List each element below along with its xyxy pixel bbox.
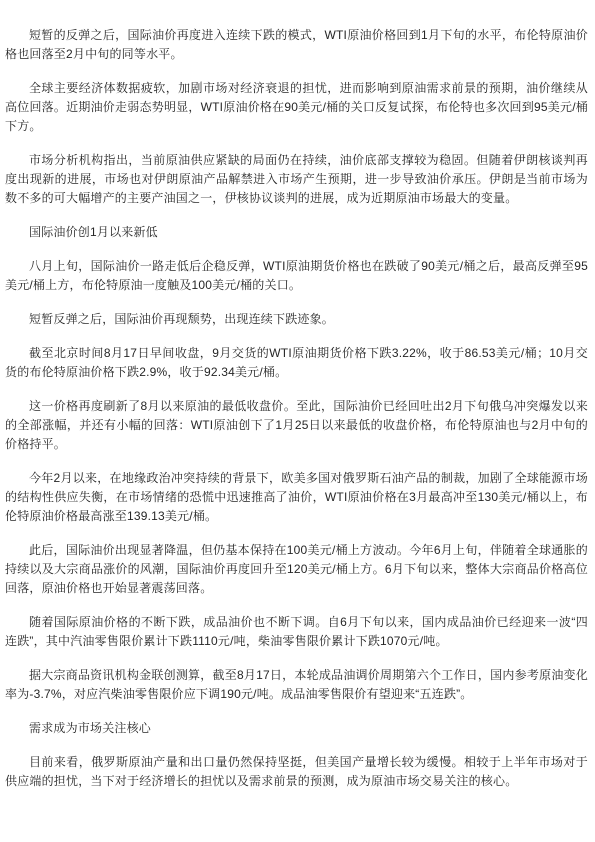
paragraph: 八月上旬，国际油价一路走低后企稳反弹，WTI原油期货价格也在跌破了90美元/桶之…	[5, 257, 588, 295]
section-heading: 需求成为市场关注核心	[5, 719, 588, 738]
document-page: 短暂的反弹之后，国际油价再度进入连续下跌的模式，WTI原油价格回到1月下旬的水平…	[0, 0, 595, 842]
paragraph: 市场分析机构指出，当前原油供应紧缺的局面仍在持续，油价底部支撑较为稳固。但随着伊…	[5, 151, 588, 208]
paragraph: 截至北京时间8月17日早间收盘，9月交货的WTI原油期货价格下跌3.22%，收于…	[5, 344, 588, 382]
paragraph: 短暂反弹之后，国际油价再现颓势，出现连续下跌迹象。	[5, 310, 588, 329]
article-body: 短暂的反弹之后，国际油价再度进入连续下跌的模式，WTI原油价格回到1月下旬的水平…	[0, 0, 595, 791]
paragraph: 此后，国际油价出现显著降温，但仍基本保持在100美元/桶上方波动。今年6月上旬，…	[5, 541, 588, 598]
paragraph: 短暂的反弹之后，国际油价再度进入连续下跌的模式，WTI原油价格回到1月下旬的水平…	[5, 26, 588, 64]
paragraph: 目前来看，俄罗斯原油产量和出口量仍然保持坚挺，但美国产量增长较为缓慢。相较于上半…	[5, 753, 588, 791]
paragraph: 这一价格再度刷新了8月以来原油的最低收盘价。至此，国际油价已经回吐出2月下旬俄乌…	[5, 397, 588, 454]
paragraph: 随着国际原油价格的不断下跌，成品油价也不断下调。自6月下旬以来，国内成品油价已经…	[5, 613, 588, 651]
section-heading: 国际油价创1月以来新低	[5, 223, 588, 242]
paragraph: 全球主要经济体数据疲软，加剧市场对经济衰退的担忧，进而影响到原油需求前景的预期，…	[5, 79, 588, 136]
paragraph: 今年2月以来，在地缘政治冲突持续的背景下，欧美多国对俄罗斯石油产品的制裁，加剧了…	[5, 469, 588, 526]
paragraph: 据大宗商品资讯机构金联创测算，截至8月17日，本轮成品油调价周期第六个工作日，国…	[5, 666, 588, 704]
